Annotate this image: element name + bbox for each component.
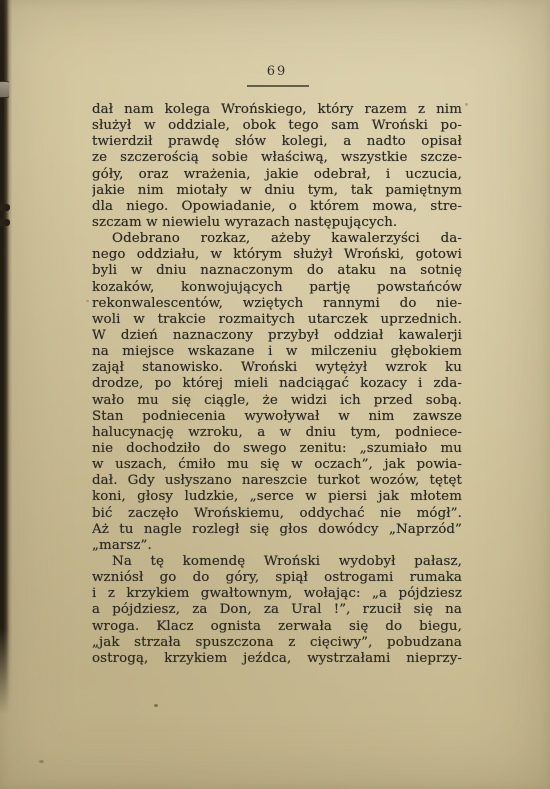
text-line: Odebrano rozkaz, ażeby kawalerzyści da- [92, 231, 462, 247]
text-line: dla niego. Opowiadanie, o którem mowa, s… [92, 199, 462, 215]
text-line: drodze, po której mieli nadciągać kozacy… [92, 376, 462, 392]
spine-notch [0, 81, 9, 98]
text-line: góły, oraz wrażenia, jakie odebrał, i uc… [92, 167, 462, 183]
text-line: na miejsce wskazane i w milczeniu głębok… [92, 344, 462, 360]
text-line: zajął stanowisko. Wroński wytężył wzrok … [92, 360, 462, 376]
page-number: 69 [92, 64, 462, 79]
text-line: jakie nim miotały w dniu tym, tak pamięt… [92, 183, 462, 199]
text-line: ze szczerością sobie właściwą, wszystkie… [92, 150, 462, 166]
text-line: kozaków, konwojujących partję powstańców [92, 280, 462, 296]
text-line: „marsz”. [92, 538, 462, 554]
text-line: dał nam kolega Wrońskiego, który razem z… [92, 102, 462, 118]
text-line: wzniósł go do góry, spiął ostrogami ruma… [92, 570, 462, 586]
text-line: szczam w niewielu wyrazach następujących… [92, 215, 462, 231]
text-line: dał. Gdy usłyszano nareszcie turkot wozó… [92, 473, 462, 489]
text-line: „jak strzała spuszczona z cięciwy”, pobu… [92, 635, 462, 651]
text-line: byli w dniu naznaczonym do ataku na sotn… [92, 263, 462, 279]
paper-speck [154, 704, 158, 707]
paper-speck [86, 300, 89, 302]
text-line: Na tę komendę Wroński wydobył pałasz, [92, 554, 462, 570]
text-line: ostrogą, krzykiem jeźdca, wystrzałami ni… [92, 651, 462, 667]
spine-mark [0, 219, 10, 226]
text-line: Aż tu nagle rozległ się głos dowódcy „Na… [92, 522, 462, 538]
text-line: wroga. Klacz ognista zerwała się do bieg… [92, 619, 462, 635]
text-line: bić zaczęło Wrońskiemu, oddychać nie móg… [92, 506, 462, 522]
spine-mark [0, 204, 10, 211]
text-line: nie dochodziło do swego zenitu: „szumiał… [92, 441, 462, 457]
text-line: woli w trakcie rozmaitych utarczek uprze… [92, 312, 462, 328]
text-line: wało mu się ciągle, że widzi ich przed s… [92, 393, 462, 409]
scanned-book-page: { "page": { "number": "69", "paper_color… [0, 0, 550, 789]
text-line: halucynację wzroku, a w dniu tym, podnie… [92, 425, 462, 441]
text-line: a pójdziesz, za Don, za Ural !”, rzucił … [92, 602, 462, 618]
text-line: nego oddziału, w którym służył Wroński, … [92, 247, 462, 263]
paper-speck [39, 760, 44, 763]
page-number-rule [247, 85, 309, 87]
book-spine-shadow [0, 0, 12, 714]
text-line: koni, głosy ludzkie, „serce w piersi jak… [92, 489, 462, 505]
text-line: i z krzykiem gwałtownym, wołając: „a pój… [92, 586, 462, 602]
text-line: w uszach, ćmiło mu się w oczach”, jak po… [92, 457, 462, 473]
text-line: twierdził prawdę słów kolegi, a nadto op… [92, 134, 462, 150]
text-line: służył w oddziale, obok tego sam Wroński… [92, 118, 462, 134]
text-block: dał nam kolega Wrońskiego, który razem z… [92, 102, 462, 667]
paper-speck [465, 103, 468, 106]
text-line: Stan podniecenia wywoływał w nim zawsze [92, 409, 462, 425]
text-line: rekonwalescentów, wziętych rannymi do ni… [92, 296, 462, 312]
text-line: W dzień naznaczony przybył oddział kawal… [92, 328, 462, 344]
